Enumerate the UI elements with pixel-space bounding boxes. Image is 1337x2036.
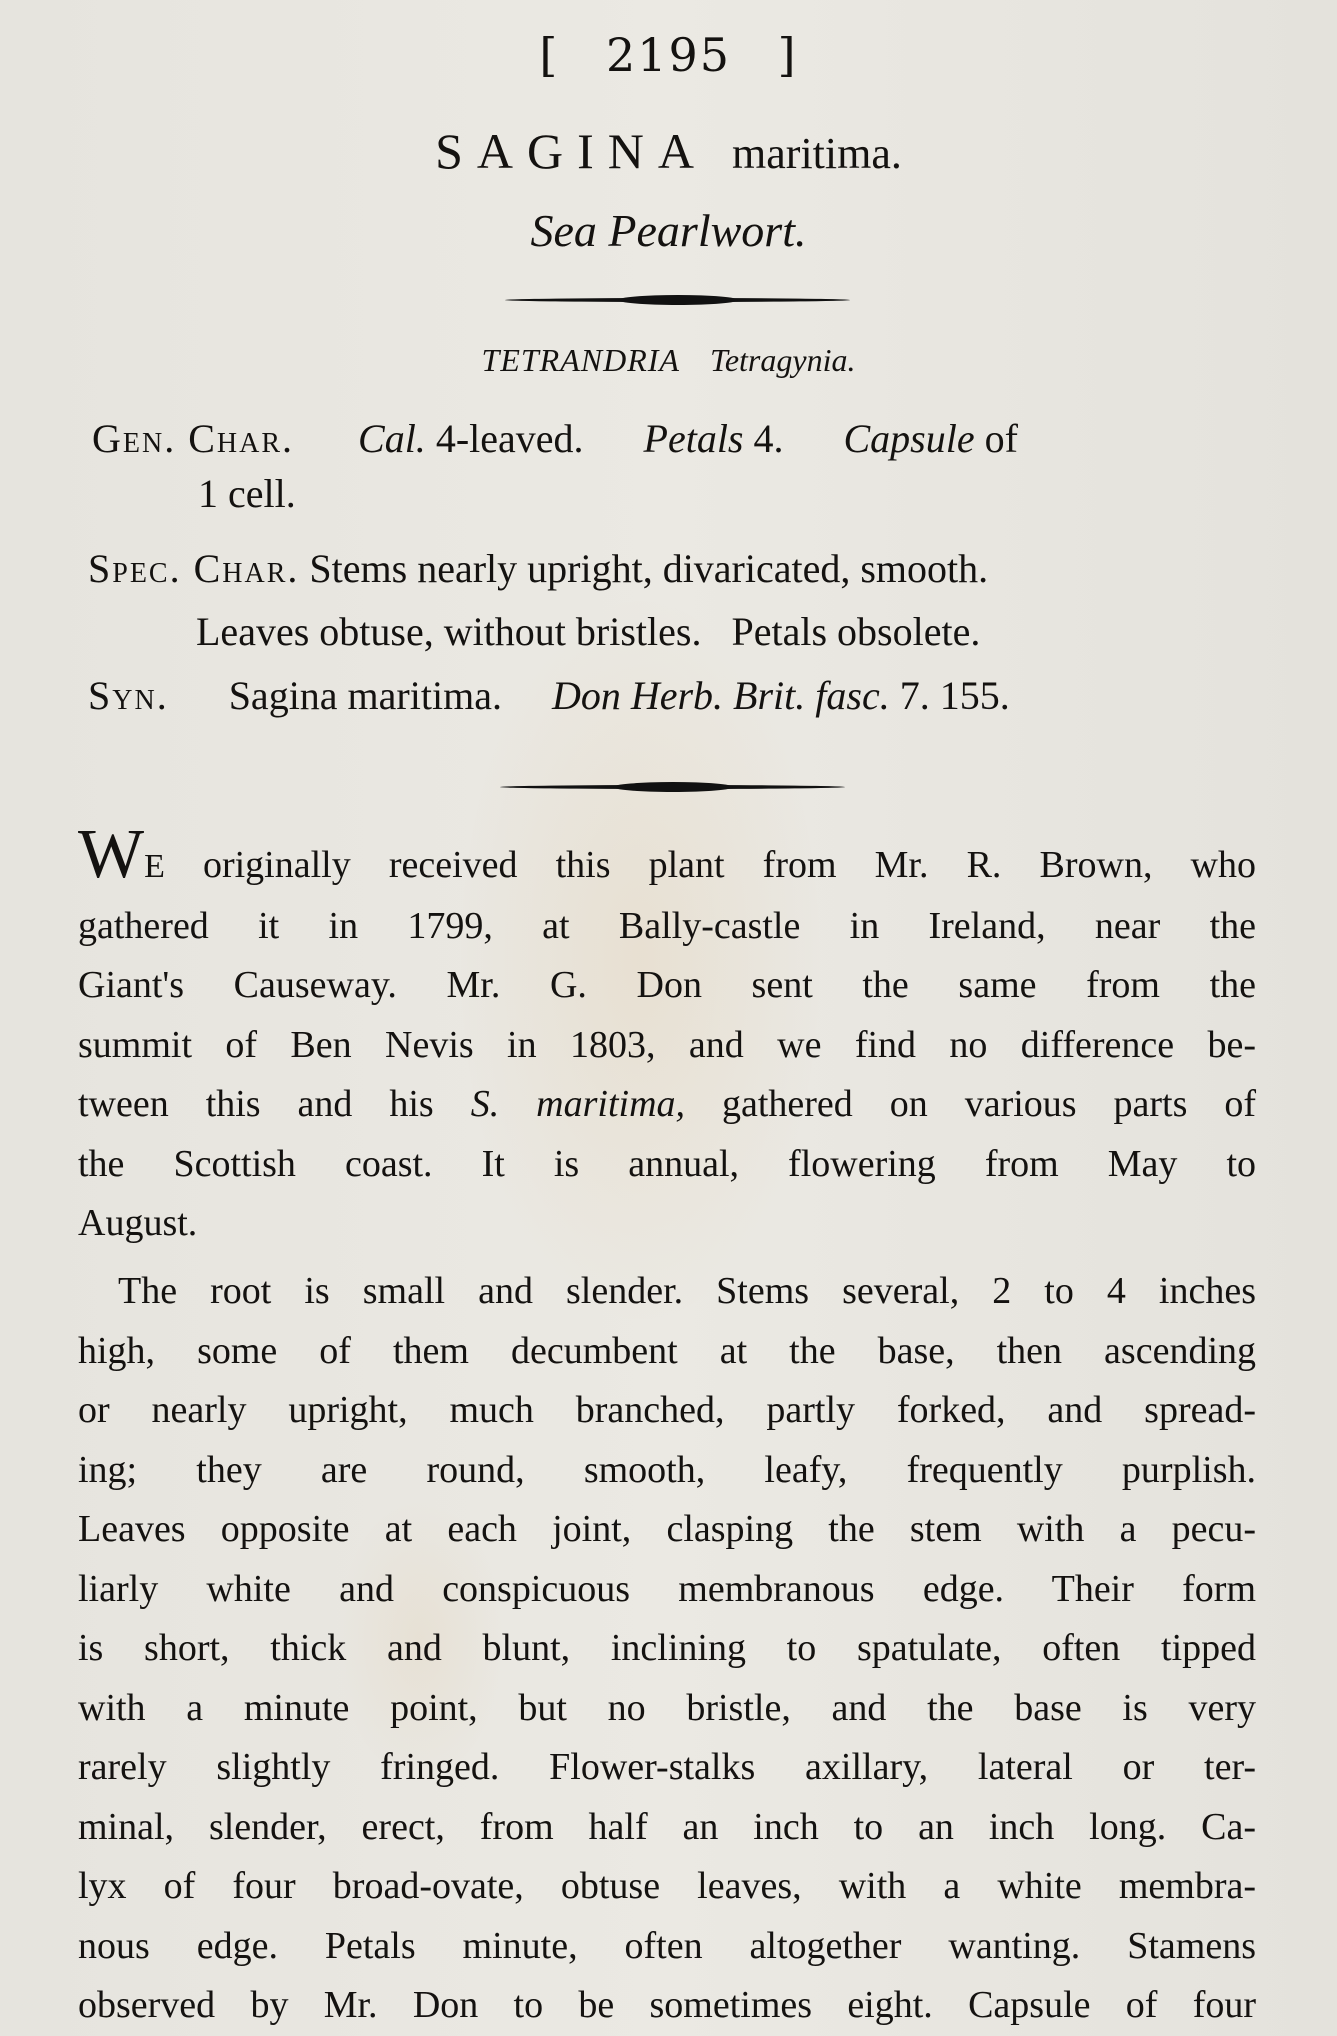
paragraph-2-line: nous edge. Petals minute, often altogeth… — [78, 1917, 1256, 1977]
species-abbrev: S. maritima, — [471, 1083, 685, 1125]
drop-cap: W — [78, 816, 144, 893]
paragraph-1-line: WE originally received this plant from M… — [78, 830, 1256, 897]
paragraph-2-line: is short, thick and blunt, inclining to … — [78, 1619, 1256, 1679]
order-name: Tetragynia. — [710, 342, 856, 378]
gen-char-capsule: Capsule — [844, 416, 975, 461]
gen-char-capsule-rest: of — [985, 416, 1018, 461]
genus-name: SAGINA — [435, 123, 708, 179]
paragraph-2-line: ing; they are round, smooth, leafy, freq… — [78, 1441, 1256, 1501]
linnaean-classification: TETRANDRIATetragynia. — [0, 342, 1337, 379]
gen-char-line-1: Gen. Char. Cal. 4-leaved. Petals 4. Caps… — [92, 415, 1018, 462]
synonym-line: Syn. Sagina maritima. Don Herb. Brit. fa… — [88, 672, 1010, 719]
paragraph-2-line: or nearly upright, much branched, partly… — [78, 1381, 1256, 1441]
spec-char-text-1: Stems nearly upright, divaricated, smoot… — [309, 546, 988, 591]
syn-name: Sagina maritima. — [229, 673, 502, 718]
paragraph-2: The root is small and slender. Stems sev… — [78, 1262, 1256, 2036]
spec-char-label: Spec. Char. — [88, 546, 299, 591]
plate-number-value: 2195 — [606, 28, 731, 82]
gen-char-cal-rest: 4-leaved. — [436, 416, 584, 461]
species-name: maritima. — [732, 129, 902, 178]
paragraph-1-line: August. — [78, 1194, 1256, 1254]
syn-reference: Don Herb. Brit. fasc. — [552, 673, 890, 718]
book-page: [ 2195 ] SAGINAmaritima. Sea Pearlwort. … — [0, 0, 1337, 2036]
plate-number: [ 2195 ] — [0, 28, 1337, 82]
syn-label: Syn. — [88, 673, 169, 718]
ornamental-divider — [505, 298, 850, 302]
gen-char-cal: Cal. — [358, 416, 426, 461]
spec-char-line-1: Spec. Char. Stems nearly upright, divari… — [88, 545, 988, 592]
paragraph-1-line: tween this and his S. maritima, gathered… — [78, 1075, 1256, 1135]
ornamental-divider-2 — [500, 785, 845, 789]
gen-char-petals: Petals — [644, 416, 744, 461]
page-title: SAGINAmaritima. — [0, 122, 1337, 180]
bracket-close: ] — [778, 28, 798, 82]
paragraph-2-line: rarely slightly fringed. Flower-stalks a… — [78, 1738, 1256, 1798]
paragraph-1-line: summit of Ben Nevis in 1803, and we find… — [78, 1016, 1256, 1076]
common-name: Sea Pearlwort. — [0, 204, 1337, 257]
paragraph-2-line: observed by Mr. Don to be sometimes eigh… — [78, 1976, 1256, 2036]
first-word-rest: E — [144, 848, 165, 885]
paragraph-2-line: liarly white and conspicuous membranous … — [78, 1560, 1256, 1620]
spec-char-line-2: Leaves obtuse, without bristles. Petals … — [196, 608, 980, 655]
gen-char-petals-rest: 4. — [754, 416, 784, 461]
gen-char-label: Gen. Char. — [92, 416, 294, 461]
paragraph-2-line: high, some of them decumbent at the base… — [78, 1322, 1256, 1382]
paragraph-1-line: gathered it in 1799, at Bally-castle in … — [78, 897, 1256, 957]
class-name: TETRANDRIA — [482, 342, 680, 378]
paragraph-2-line: lyx of four broad-ovate, obtuse leaves, … — [78, 1857, 1256, 1917]
bracket-open: [ — [539, 28, 559, 82]
paragraph-2-line: The root is small and slender. Stems sev… — [78, 1262, 1256, 1322]
paragraph-2-line: Leaves opposite at each joint, clasping … — [78, 1500, 1256, 1560]
paragraph-2-line: with a minute point, but no bristle, and… — [78, 1679, 1256, 1739]
syn-ref-numbers: 7. 155. — [900, 673, 1010, 718]
gen-char-line-2: 1 cell. — [198, 470, 296, 517]
paragraph-1: WE originally received this plant from M… — [78, 830, 1256, 1254]
paragraph-2-line: minal, slender, erect, from half an inch… — [78, 1798, 1256, 1858]
paragraph-1-line: the Scottish coast. It is annual, flower… — [78, 1135, 1256, 1195]
paragraph-1-line: Giant's Causeway. Mr. G. Don sent the sa… — [78, 956, 1256, 1016]
